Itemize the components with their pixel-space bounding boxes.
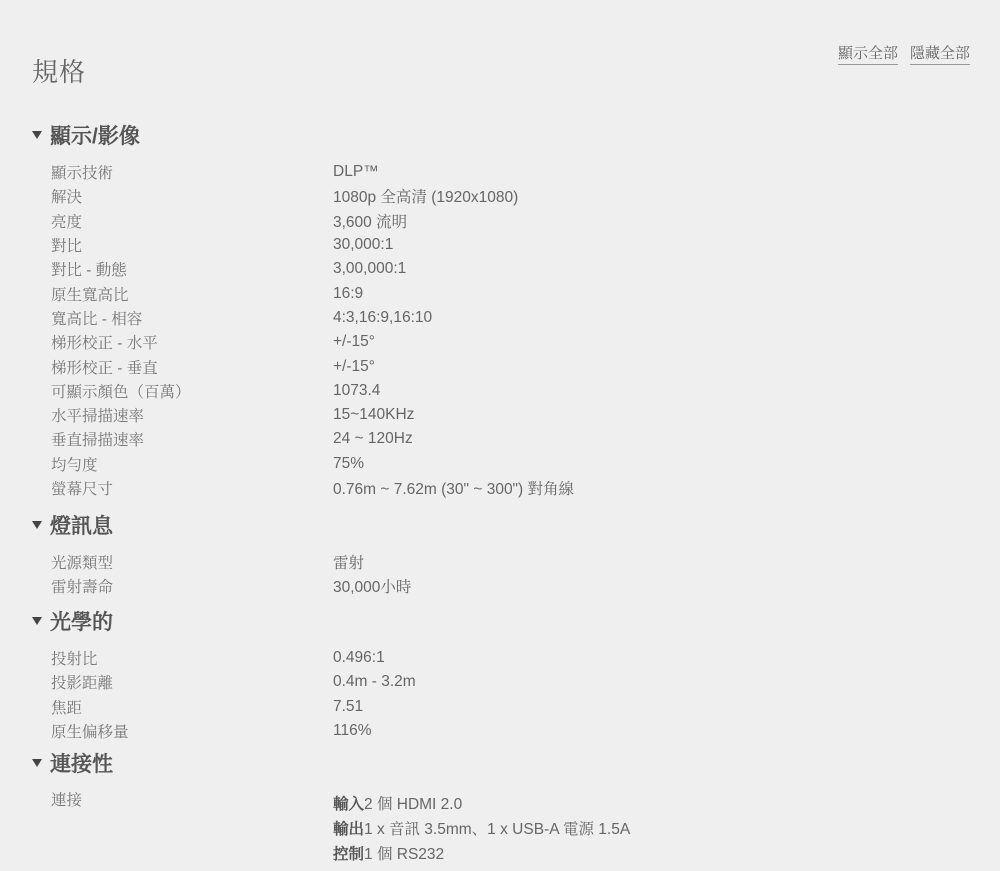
section-title: 燈訊息 xyxy=(50,510,113,540)
spec-row: 原生偏移量116% xyxy=(32,719,972,743)
caret-down-icon xyxy=(32,521,42,529)
spec-value: 0.76m ~ 7.62m (30" ~ 300") 對角線 xyxy=(333,477,574,499)
spec-label: 亮度 xyxy=(32,210,333,232)
spec-label: 均勻度 xyxy=(32,453,333,475)
spec-row: 投射比0.496:1 xyxy=(32,646,972,670)
connection-output: 輸出1 x 音訊 3.5mm、1 x USB-A 電源 1.5A xyxy=(333,817,630,842)
spec-row: 解決1080p 全高清 (1920x1080) xyxy=(32,184,972,208)
spec-row: 顯示技術DLP™ xyxy=(32,160,972,184)
spec-label: 雷射壽命 xyxy=(32,575,333,597)
spec-row: 雷射壽命30,000小時 xyxy=(32,574,972,598)
caret-down-icon xyxy=(32,759,42,767)
spec-value: 0.496:1 xyxy=(333,649,385,667)
spec-row: 原生寬高比16:9 xyxy=(32,281,972,305)
spec-row: 垂直掃描速率24 ~ 120Hz xyxy=(32,427,972,451)
spec-label: 原生寬高比 xyxy=(32,283,333,305)
spec-value: 3,600 流明 xyxy=(333,210,407,232)
connection-key: 輸出 xyxy=(333,821,364,838)
spec-label: 投射比 xyxy=(32,647,333,669)
section-header-display[interactable]: 顯示/影像 xyxy=(32,120,972,150)
spec-label: 解決 xyxy=(32,185,333,207)
section-connectivity: 連接性 連接 輸入2 個 HDMI 2.0 輸出1 x 音訊 3.5mm、1 x… xyxy=(32,748,972,867)
page-title: 規格 xyxy=(32,52,86,89)
spec-value: +/-15° xyxy=(333,333,375,351)
spec-label: 顯示技術 xyxy=(32,161,333,183)
spec-row: 寬高比 - 相容4:3,16:9,16:10 xyxy=(32,306,972,330)
connection-input: 輸入2 個 HDMI 2.0 xyxy=(333,792,630,817)
spec-value: 24 ~ 120Hz xyxy=(333,430,413,448)
connection-value: 2 個 HDMI 2.0 xyxy=(364,796,462,813)
spec-value: 0.4m - 3.2m xyxy=(333,673,416,691)
section-display: 顯示/影像 顯示技術DLP™ 解決1080p 全高清 (1920x1080) 亮… xyxy=(32,120,972,500)
spec-value: 16:9 xyxy=(333,285,363,303)
spec-value: DLP™ xyxy=(333,163,379,181)
spec-label: 投影距離 xyxy=(32,671,333,693)
spec-rows: 顯示技術DLP™ 解決1080p 全高清 (1920x1080) 亮度3,600… xyxy=(32,160,972,500)
show-all-link[interactable]: 顯示全部 xyxy=(838,42,898,65)
spec-value: 7.51 xyxy=(333,698,363,716)
spec-value: 30,000小時 xyxy=(333,575,411,597)
spec-rows: 光源類型雷射 雷射壽命30,000小時 xyxy=(32,550,972,599)
spec-value: 1073.4 xyxy=(333,382,380,400)
spec-row: 可顯示顏色（百萬）1073.4 xyxy=(32,379,972,403)
spec-label: 焦距 xyxy=(32,696,333,718)
section-lamp: 燈訊息 光源類型雷射 雷射壽命30,000小時 xyxy=(32,510,972,599)
spec-value: 116% xyxy=(333,722,372,740)
spec-label: 梯形校正 - 垂直 xyxy=(32,356,333,378)
toggle-links: 顯示全部 隱藏全部 xyxy=(838,42,970,65)
spec-label: 對比 - 動態 xyxy=(32,258,333,280)
connection-value: 1 x 音訊 3.5mm、1 x USB-A 電源 1.5A xyxy=(364,821,630,838)
section-header-lamp[interactable]: 燈訊息 xyxy=(32,510,972,540)
spec-label: 梯形校正 - 水平 xyxy=(32,331,333,353)
spec-label: 光源類型 xyxy=(32,551,333,573)
spec-row: 投影距離0.4m - 3.2m xyxy=(32,670,972,694)
section-title: 光學的 xyxy=(50,606,113,636)
connection-key: 控制 xyxy=(333,846,364,863)
spec-row: 梯形校正 - 垂直+/-15° xyxy=(32,354,972,378)
spec-value: 75% xyxy=(333,455,364,473)
connection-value: 1 個 RS232 xyxy=(364,846,444,863)
spec-row: 亮度3,600 流明 xyxy=(32,209,972,233)
connection-values: 輸入2 個 HDMI 2.0 輸出1 x 音訊 3.5mm、1 x USB-A … xyxy=(333,788,630,867)
spec-value: +/-15° xyxy=(333,358,375,376)
spec-row: 螢幕尺寸0.76m ~ 7.62m (30" ~ 300") 對角線 xyxy=(32,476,972,500)
spec-row: 對比30,000:1 xyxy=(32,233,972,257)
spec-value: 30,000:1 xyxy=(333,236,393,254)
spec-rows: 投射比0.496:1 投影距離0.4m - 3.2m 焦距7.51 原生偏移量1… xyxy=(32,646,972,743)
caret-down-icon xyxy=(32,617,42,625)
section-optical: 光學的 投射比0.496:1 投影距離0.4m - 3.2m 焦距7.51 原生… xyxy=(32,606,972,743)
spec-value: 15~140KHz xyxy=(333,406,414,424)
spec-value: 4:3,16:9,16:10 xyxy=(333,309,432,327)
spec-row: 水平掃描速率15~140KHz xyxy=(32,403,972,427)
spec-label: 螢幕尺寸 xyxy=(32,477,333,499)
spec-label: 垂直掃描速率 xyxy=(32,428,333,450)
connection-key: 輸入 xyxy=(333,796,364,813)
spec-value: 1080p 全高清 (1920x1080) xyxy=(333,185,518,207)
spec-label: 寬高比 - 相容 xyxy=(32,307,333,329)
section-header-connectivity[interactable]: 連接性 xyxy=(32,748,972,778)
spec-value: 雷射 xyxy=(333,551,364,573)
spec-label: 可顯示顏色（百萬） xyxy=(32,380,333,402)
caret-down-icon xyxy=(32,131,42,139)
connection-control: 控制1 個 RS232 xyxy=(333,842,630,867)
spec-row: 均勻度75% xyxy=(32,452,972,476)
spec-label: 水平掃描速率 xyxy=(32,404,333,426)
section-title: 連接性 xyxy=(50,748,113,778)
connection-row: 連接 輸入2 個 HDMI 2.0 輸出1 x 音訊 3.5mm、1 x USB… xyxy=(32,788,972,867)
spec-row: 焦距7.51 xyxy=(32,695,972,719)
spec-value: 3,00,000:1 xyxy=(333,260,406,278)
hide-all-link[interactable]: 隱藏全部 xyxy=(910,42,970,65)
spec-label: 原生偏移量 xyxy=(32,720,333,742)
spec-row: 梯形校正 - 水平+/-15° xyxy=(32,330,972,354)
spec-label: 對比 xyxy=(32,234,333,256)
spec-row: 光源類型雷射 xyxy=(32,550,972,574)
spec-row: 對比 - 動態3,00,000:1 xyxy=(32,257,972,281)
spec-label: 連接 xyxy=(32,788,333,867)
section-title: 顯示/影像 xyxy=(50,120,140,150)
section-header-optical[interactable]: 光學的 xyxy=(32,606,972,636)
